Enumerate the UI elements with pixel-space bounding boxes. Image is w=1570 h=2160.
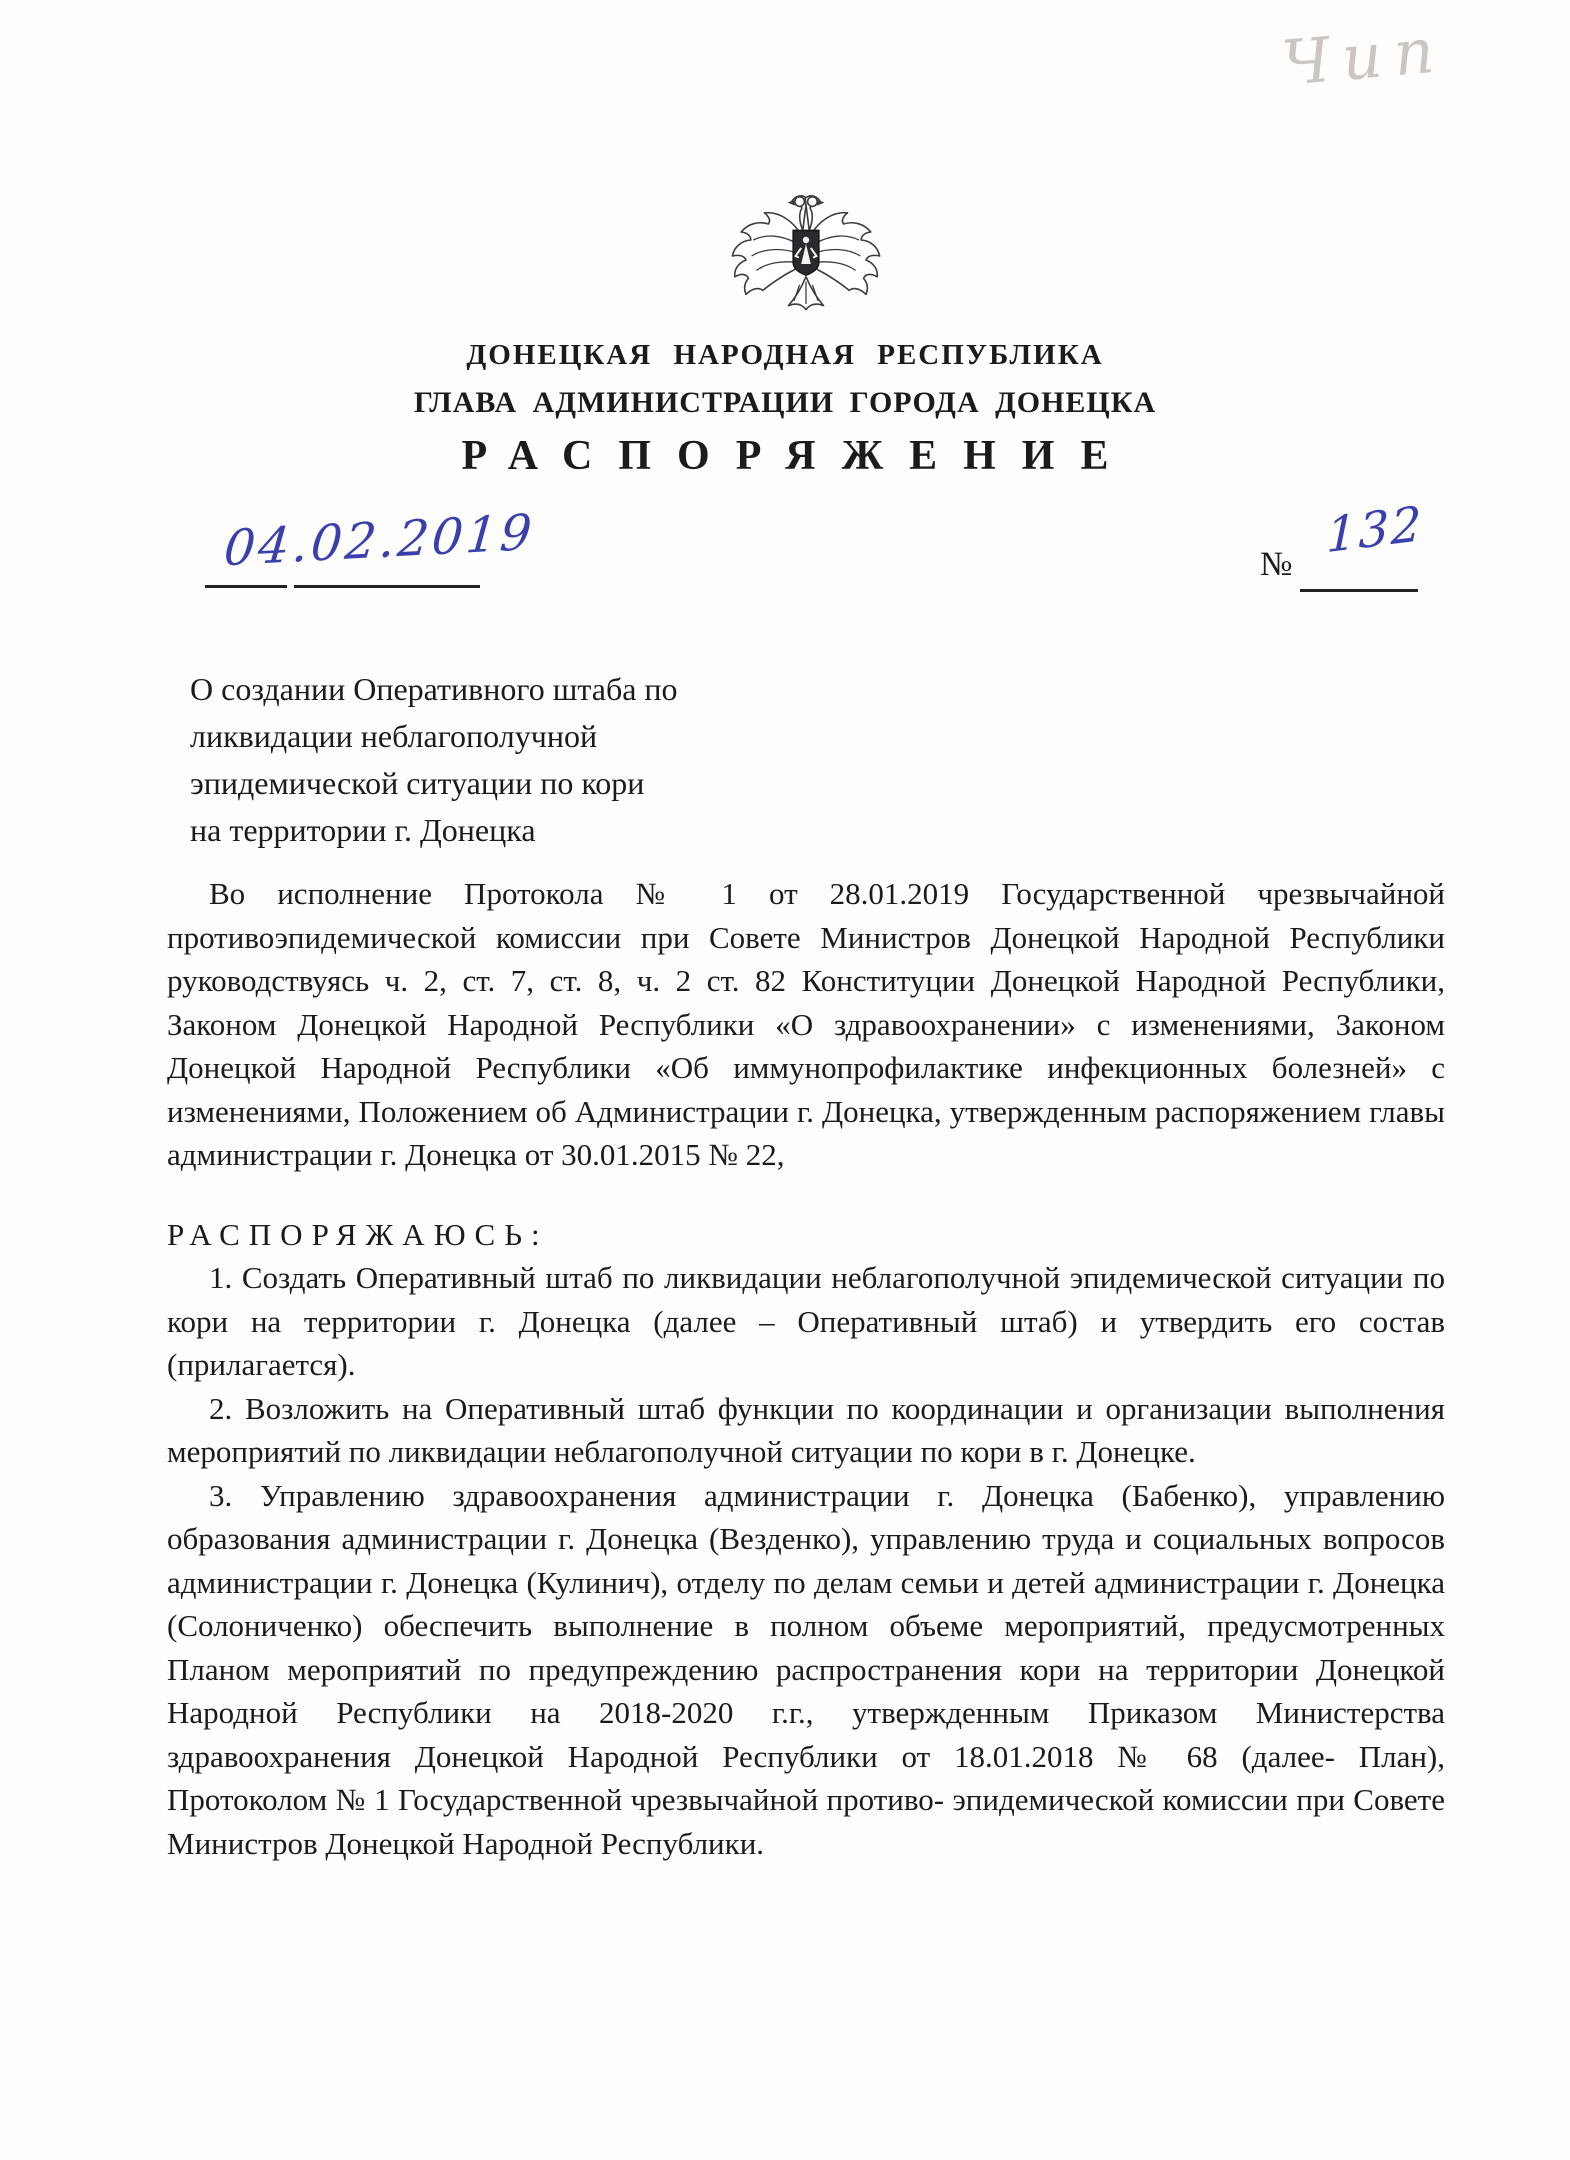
handwritten-date: 04.02.2019 xyxy=(222,504,537,578)
resolution-heading: РАСПОРЯЖАЮСЬ: xyxy=(167,1213,1445,1257)
preamble-paragraph: Во исполнение Протокола № 1 от 28.01.201… xyxy=(167,872,1445,1177)
document-subject: О создании Оперативного штаба по ликвида… xyxy=(190,666,850,854)
document-body: Во исполнение Протокола № 1 от 28.01.201… xyxy=(167,872,1445,1865)
dnr-coat-of-arms-icon xyxy=(726,184,886,316)
order-item-1: 1. Создать Оперативный штаб по ликвидаци… xyxy=(167,1256,1445,1387)
date-underline-left xyxy=(205,585,287,588)
order-item-2: 2. Возложить на Оперативный штаб функции… xyxy=(167,1387,1445,1474)
pencil-corner-note: Чип xyxy=(1279,13,1449,100)
header-republic-line: ДОНЕЦКАЯ НАРОДНАЯ РЕСПУБЛИКА xyxy=(0,339,1570,372)
header-authority-line: ГЛАВА АДМИНИСТРАЦИИ ГОРОДА ДОНЕЦКА xyxy=(0,386,1570,420)
document-type-title: РАСПОРЯЖЕНИЕ xyxy=(0,432,1570,480)
order-item-3: 3. Управлению здравоохранения администра… xyxy=(167,1474,1445,1866)
number-sign: № xyxy=(1260,546,1292,584)
handwritten-number: 132 xyxy=(1326,496,1424,564)
document-page: Чип xyxy=(0,0,1570,2160)
number-underline xyxy=(1300,589,1418,592)
date-underline-right xyxy=(294,585,480,588)
